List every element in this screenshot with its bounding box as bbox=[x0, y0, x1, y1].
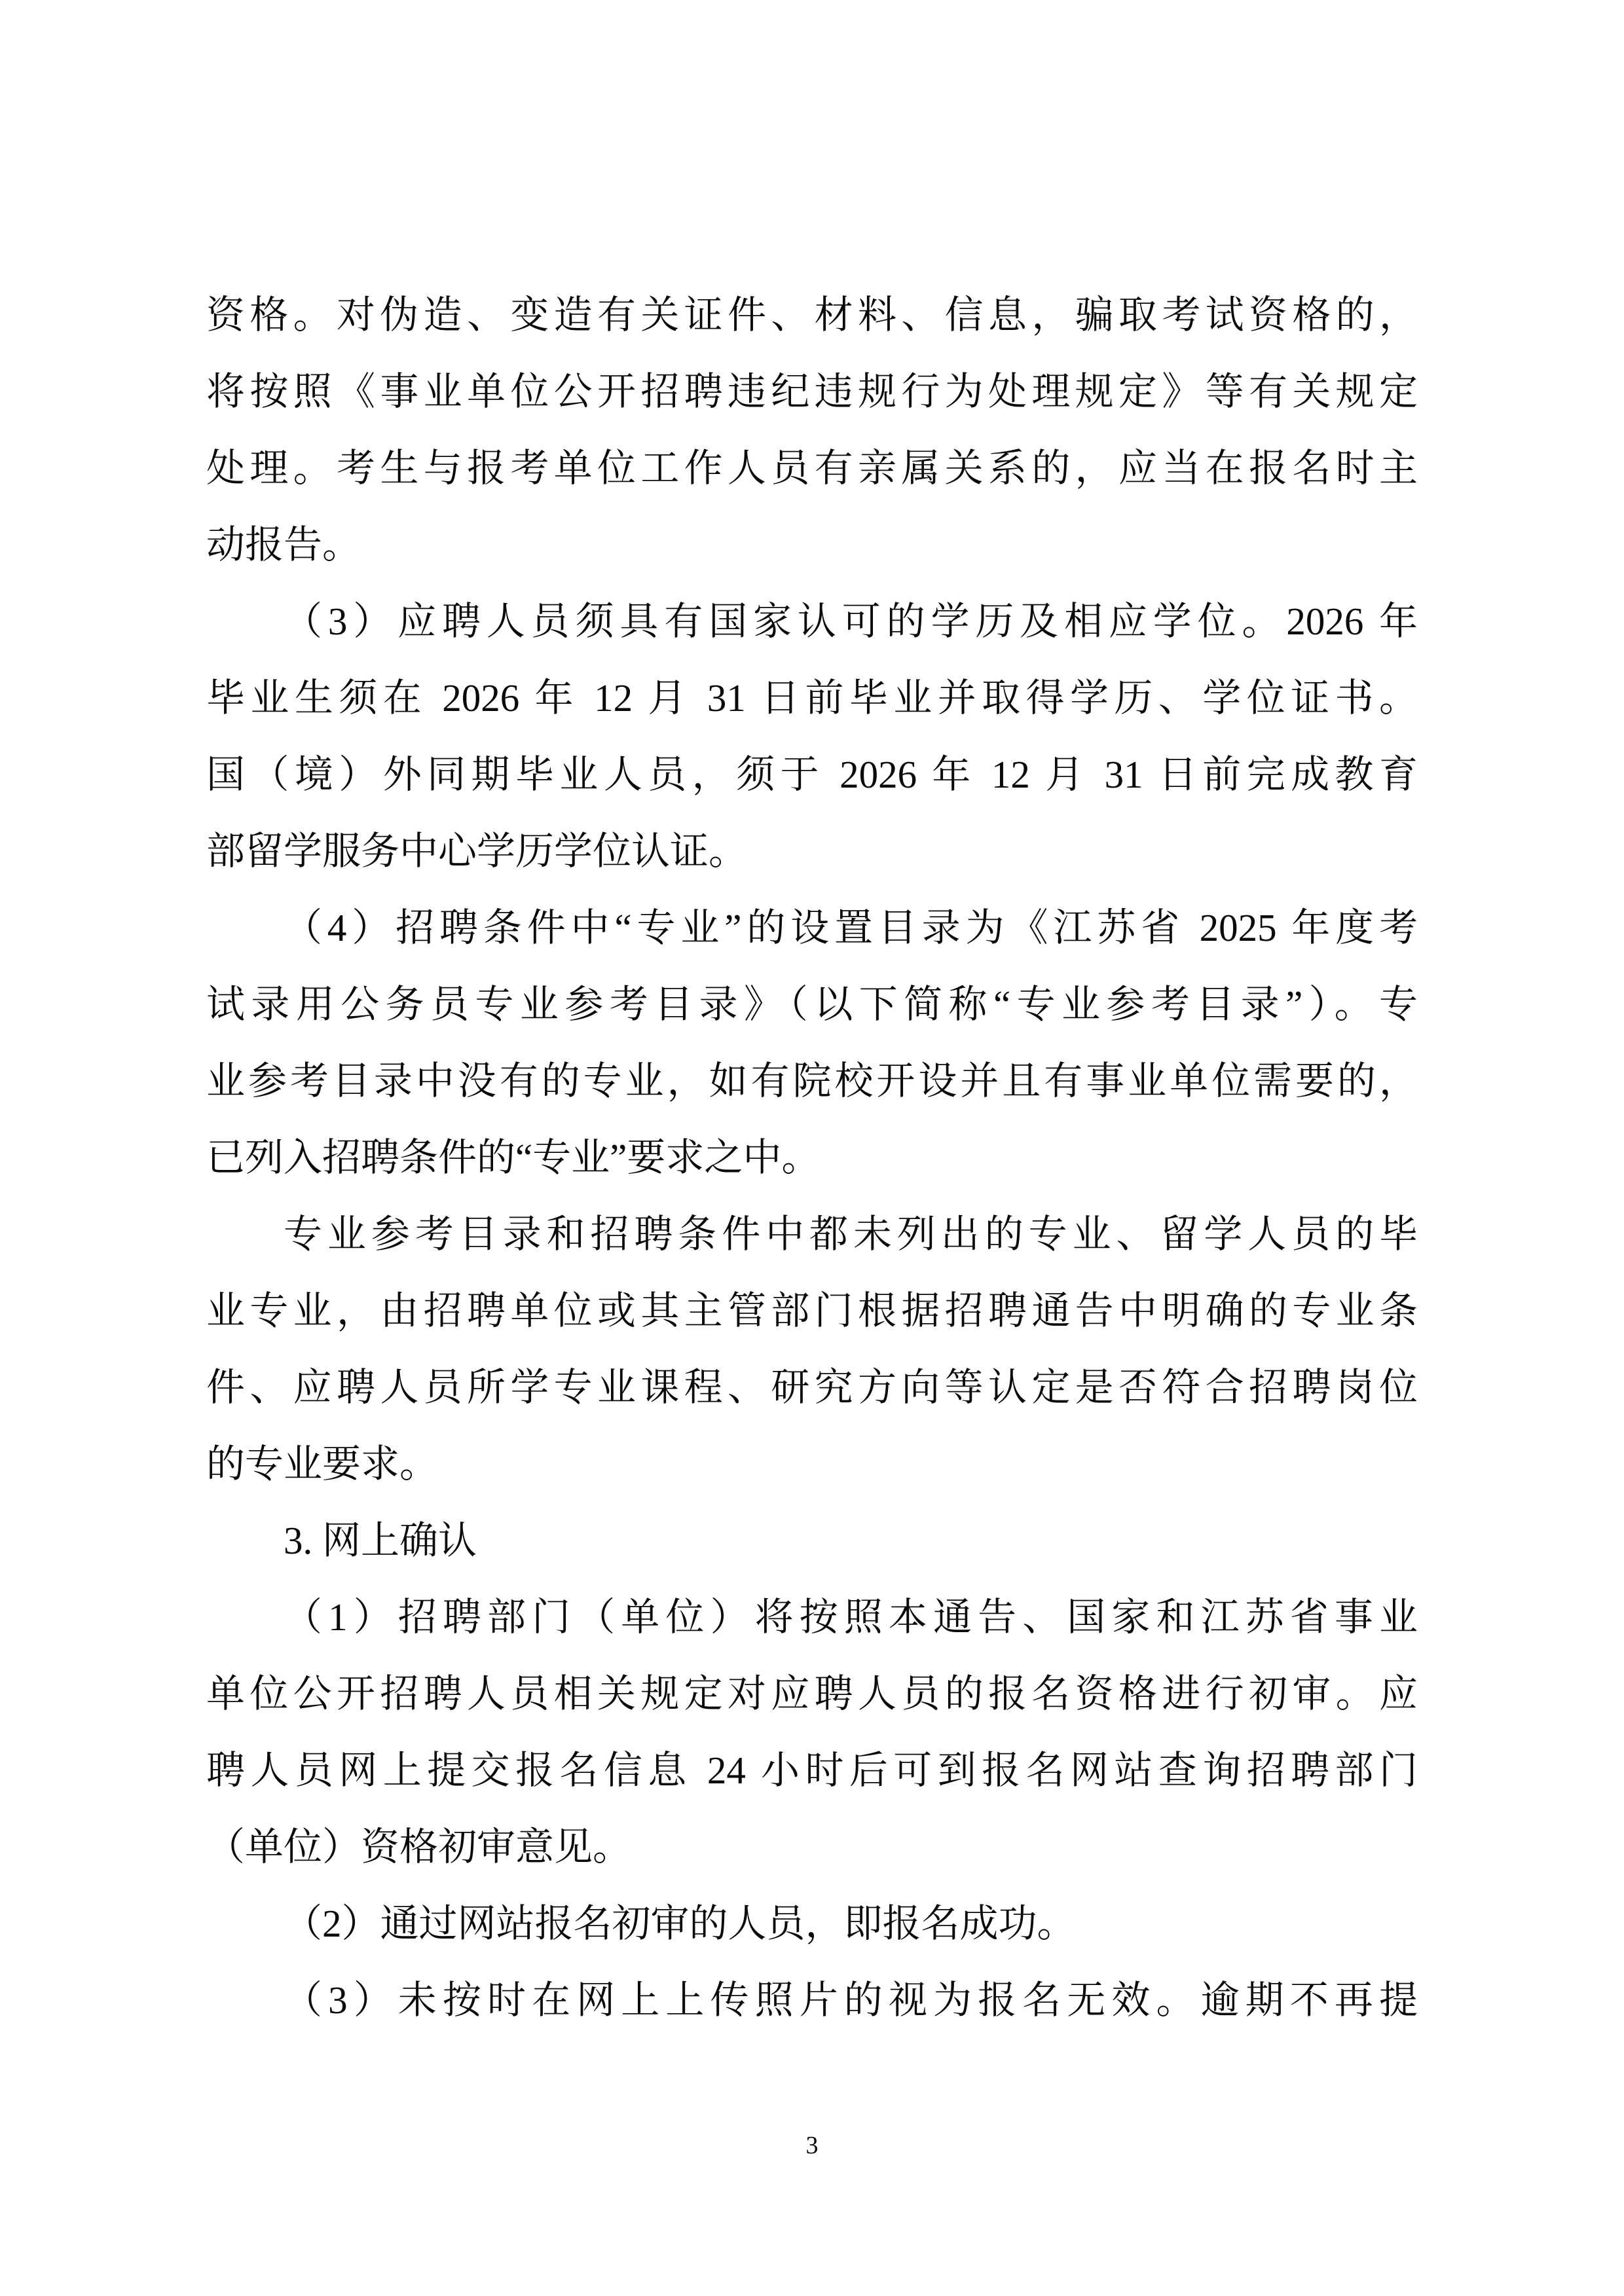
text-line: 的专业要求。 bbox=[206, 1426, 1418, 1503]
text-line: 部留学服务中心学历学位认证。 bbox=[206, 813, 1418, 890]
text-line: 专业参考目录和招聘条件中都未列出的专业、留学人员的毕 bbox=[206, 1196, 1418, 1273]
text-line: 件、应聘人员所学专业课程、研究方向等认定是否符合招聘岗位 bbox=[206, 1349, 1418, 1426]
text-line: 已列入招聘条件的“专业”要求之中。 bbox=[206, 1120, 1418, 1196]
text-line: 毕业生须在 2026 年 12 月 31 日前毕业并取得学历、学位证书。 bbox=[206, 660, 1418, 737]
text-line: 处理。考生与报考单位工作人员有亲属关系的，应当在报名时主 bbox=[206, 430, 1418, 507]
text-line: 聘人员网上提交报名信息 24 小时后可到报名网站查询招聘部门 bbox=[206, 1732, 1418, 1809]
text-line: 资格。对伪造、变造有关证件、材料、信息，骗取考试资格的， bbox=[206, 277, 1418, 354]
text-line: 动报告。 bbox=[206, 507, 1418, 583]
text-line: （4）招聘条件中“专业”的设置目录为《江苏省 2025 年度考 bbox=[206, 890, 1418, 966]
text-line: 将按照《事业单位公开招聘违纪违规行为处理规定》等有关规定 bbox=[206, 354, 1418, 430]
document-page: 资格。对伪造、变造有关证件、材料、信息，骗取考试资格的，将按照《事业单位公开招聘… bbox=[0, 0, 1624, 2296]
text-line: 试录用公务员专业参考目录》（以下简称“专业参考目录”）。专 bbox=[206, 966, 1418, 1043]
text-line: 3. 网上确认 bbox=[206, 1503, 1418, 1579]
text-line: （3）未按时在网上上传照片的视为报名无效。逾期不再提 bbox=[206, 1962, 1418, 2039]
text-line: 业参考目录中没有的专业，如有院校开设并且有事业单位需要的， bbox=[206, 1043, 1418, 1120]
text-line: （1）招聘部门（单位）将按照本通告、国家和江苏省事业 bbox=[206, 1579, 1418, 1656]
text-line: 单位公开招聘人员相关规定对应聘人员的报名资格进行初审。应 bbox=[206, 1656, 1418, 1732]
text-line: （3）应聘人员须具有国家认可的学历及相应学位。2026 年 bbox=[206, 583, 1418, 660]
text-line: 国（境）外同期毕业人员，须于 2026 年 12 月 31 日前完成教育 bbox=[206, 737, 1418, 813]
document-body: 资格。对伪造、变造有关证件、材料、信息，骗取考试资格的，将按照《事业单位公开招聘… bbox=[206, 277, 1418, 2039]
text-line: （单位）资格初审意见。 bbox=[206, 1809, 1418, 1886]
page-number: 3 bbox=[0, 2129, 1624, 2162]
text-line: 业专业，由招聘单位或其主管部门根据招聘通告中明确的专业条 bbox=[206, 1273, 1418, 1349]
text-line: （2）通过网站报名初审的人员，即报名成功。 bbox=[206, 1886, 1418, 1962]
